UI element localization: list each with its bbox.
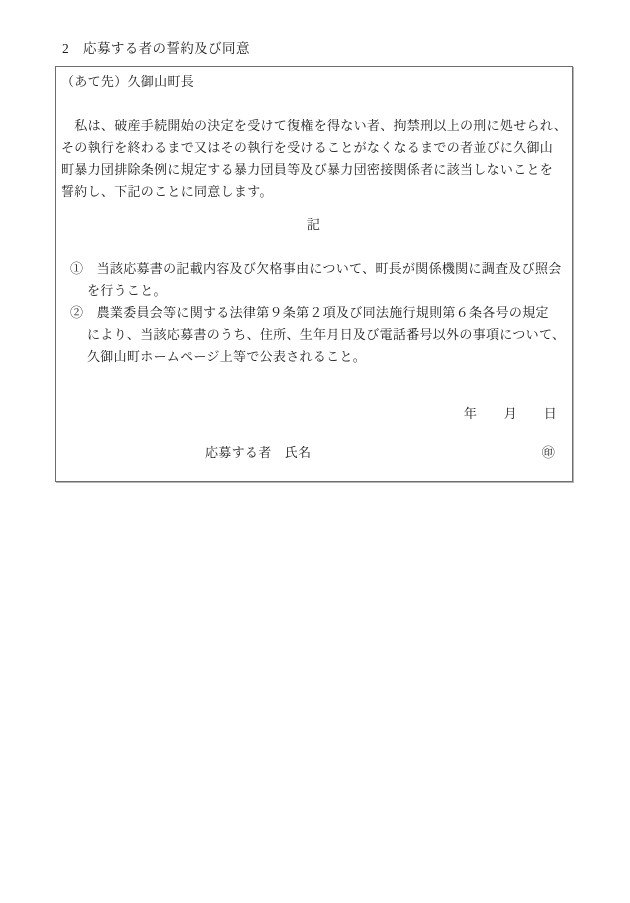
text-line: 町暴力団排除条例に規定する暴力団員等及び暴力団密接関係者に該当しないことを bbox=[61, 159, 567, 181]
text-line: 誓約し、下記のことに同意します。 bbox=[61, 181, 567, 203]
pledge-paragraph: 私は、破産手続開始の決定を受けて復権を得ない者、拘禁刑以上の刑に処せられ、その執… bbox=[61, 115, 567, 203]
addressee-line: （あて先）久御山町長 bbox=[61, 71, 567, 93]
pledge-consent-box: （あて先）久御山町長 私は、破産手続開始の決定を受けて復権を得ない者、拘禁刑以上… bbox=[55, 66, 573, 482]
text-line: により、当該応募書のうち、住所、生年月日及び電話番号以外の事項について、 bbox=[70, 324, 567, 346]
date-line: 年 月 日 bbox=[61, 403, 567, 425]
text-line: その執行を終わるまで又はその執行を受けることがなくなるまでの者並びに久御山 bbox=[61, 137, 567, 159]
text-line: を行うこと。 bbox=[70, 280, 567, 302]
document-page: 2 応募する者の誓約及び同意 （あて先）久御山町長 私は、破産手続開始の決定を受… bbox=[0, 0, 630, 903]
seal-mark: ㊞ bbox=[542, 442, 555, 464]
text-line: ② 農業委員会等に関する法律第９条第２項及び同法施行規則第６条各号の規定 bbox=[70, 302, 567, 324]
text-line: 久御山町ホームページ上等で公表されること。 bbox=[70, 346, 567, 368]
name-line: 応募する者 氏名 ㊞ bbox=[61, 442, 567, 464]
consent-item-2: ② 農業委員会等に関する法律第９条第２項及び同法施行規則第６条各号の規定により、… bbox=[70, 302, 567, 368]
consent-items: ① 当該応募書の記載内容及び欠格事由について、町長が関係機関に調査及び照会を行う… bbox=[70, 258, 567, 368]
record-heading: 記 bbox=[61, 214, 567, 236]
consent-item-1: ① 当該応募書の記載内容及び欠格事由について、町長が関係機関に調査及び照会を行う… bbox=[70, 258, 567, 302]
section-title: 2 応募する者の誓約及び同意 bbox=[62, 40, 250, 58]
applicant-name-label: 応募する者 氏名 bbox=[205, 442, 311, 464]
text-line: 私は、破産手続開始の決定を受けて復権を得ない者、拘禁刑以上の刑に処せられ、 bbox=[61, 115, 567, 137]
text-line: ① 当該応募書の記載内容及び欠格事由について、町長が関係機関に調査及び照会 bbox=[70, 258, 567, 280]
